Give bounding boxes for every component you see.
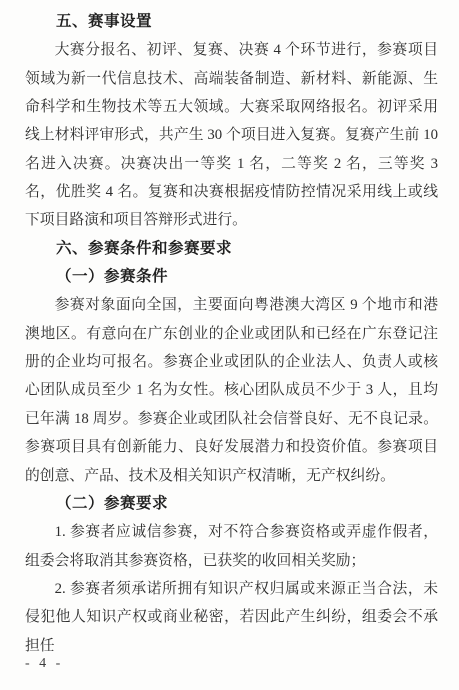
paragraph-requirement-2: 2. 参赛者须承诺所拥有知识产权归属或来源正当合法，未侵犯他人知识产权或商业秘密…: [25, 575, 438, 660]
paragraph-entry-conditions: 参赛对象面向全国，主要面向粤港澳大湾区 9 个地市和港澳地区。有意向在广东创业的…: [25, 291, 438, 489]
paragraph-event-setup: 大赛分报名、初评、复赛、决赛 4 个环节进行，参赛项目领域为新一代信息技术、高端…: [25, 36, 438, 234]
section-heading-entry-conditions-requirements: 六、参赛条件和参赛要求: [25, 235, 438, 263]
subsection-heading-entry-requirements: （二）参赛要求: [25, 490, 438, 518]
document-body: 五、赛事设置 大赛分报名、初评、复赛、决赛 4 个环节进行，参赛项目领域为新一代…: [25, 8, 438, 660]
document-page: 五、赛事设置 大赛分报名、初评、复赛、决赛 4 个环节进行，参赛项目领域为新一代…: [0, 0, 459, 690]
page-number: - 4 -: [25, 656, 63, 672]
subsection-heading-entry-conditions: （一）参赛条件: [25, 263, 438, 291]
paragraph-requirement-1: 1. 参赛者应诚信参赛，对不符合参赛资格或弄虚作假者，组委会将取消其参赛资格，已…: [25, 518, 438, 575]
section-heading-event-setup: 五、赛事设置: [25, 8, 438, 36]
